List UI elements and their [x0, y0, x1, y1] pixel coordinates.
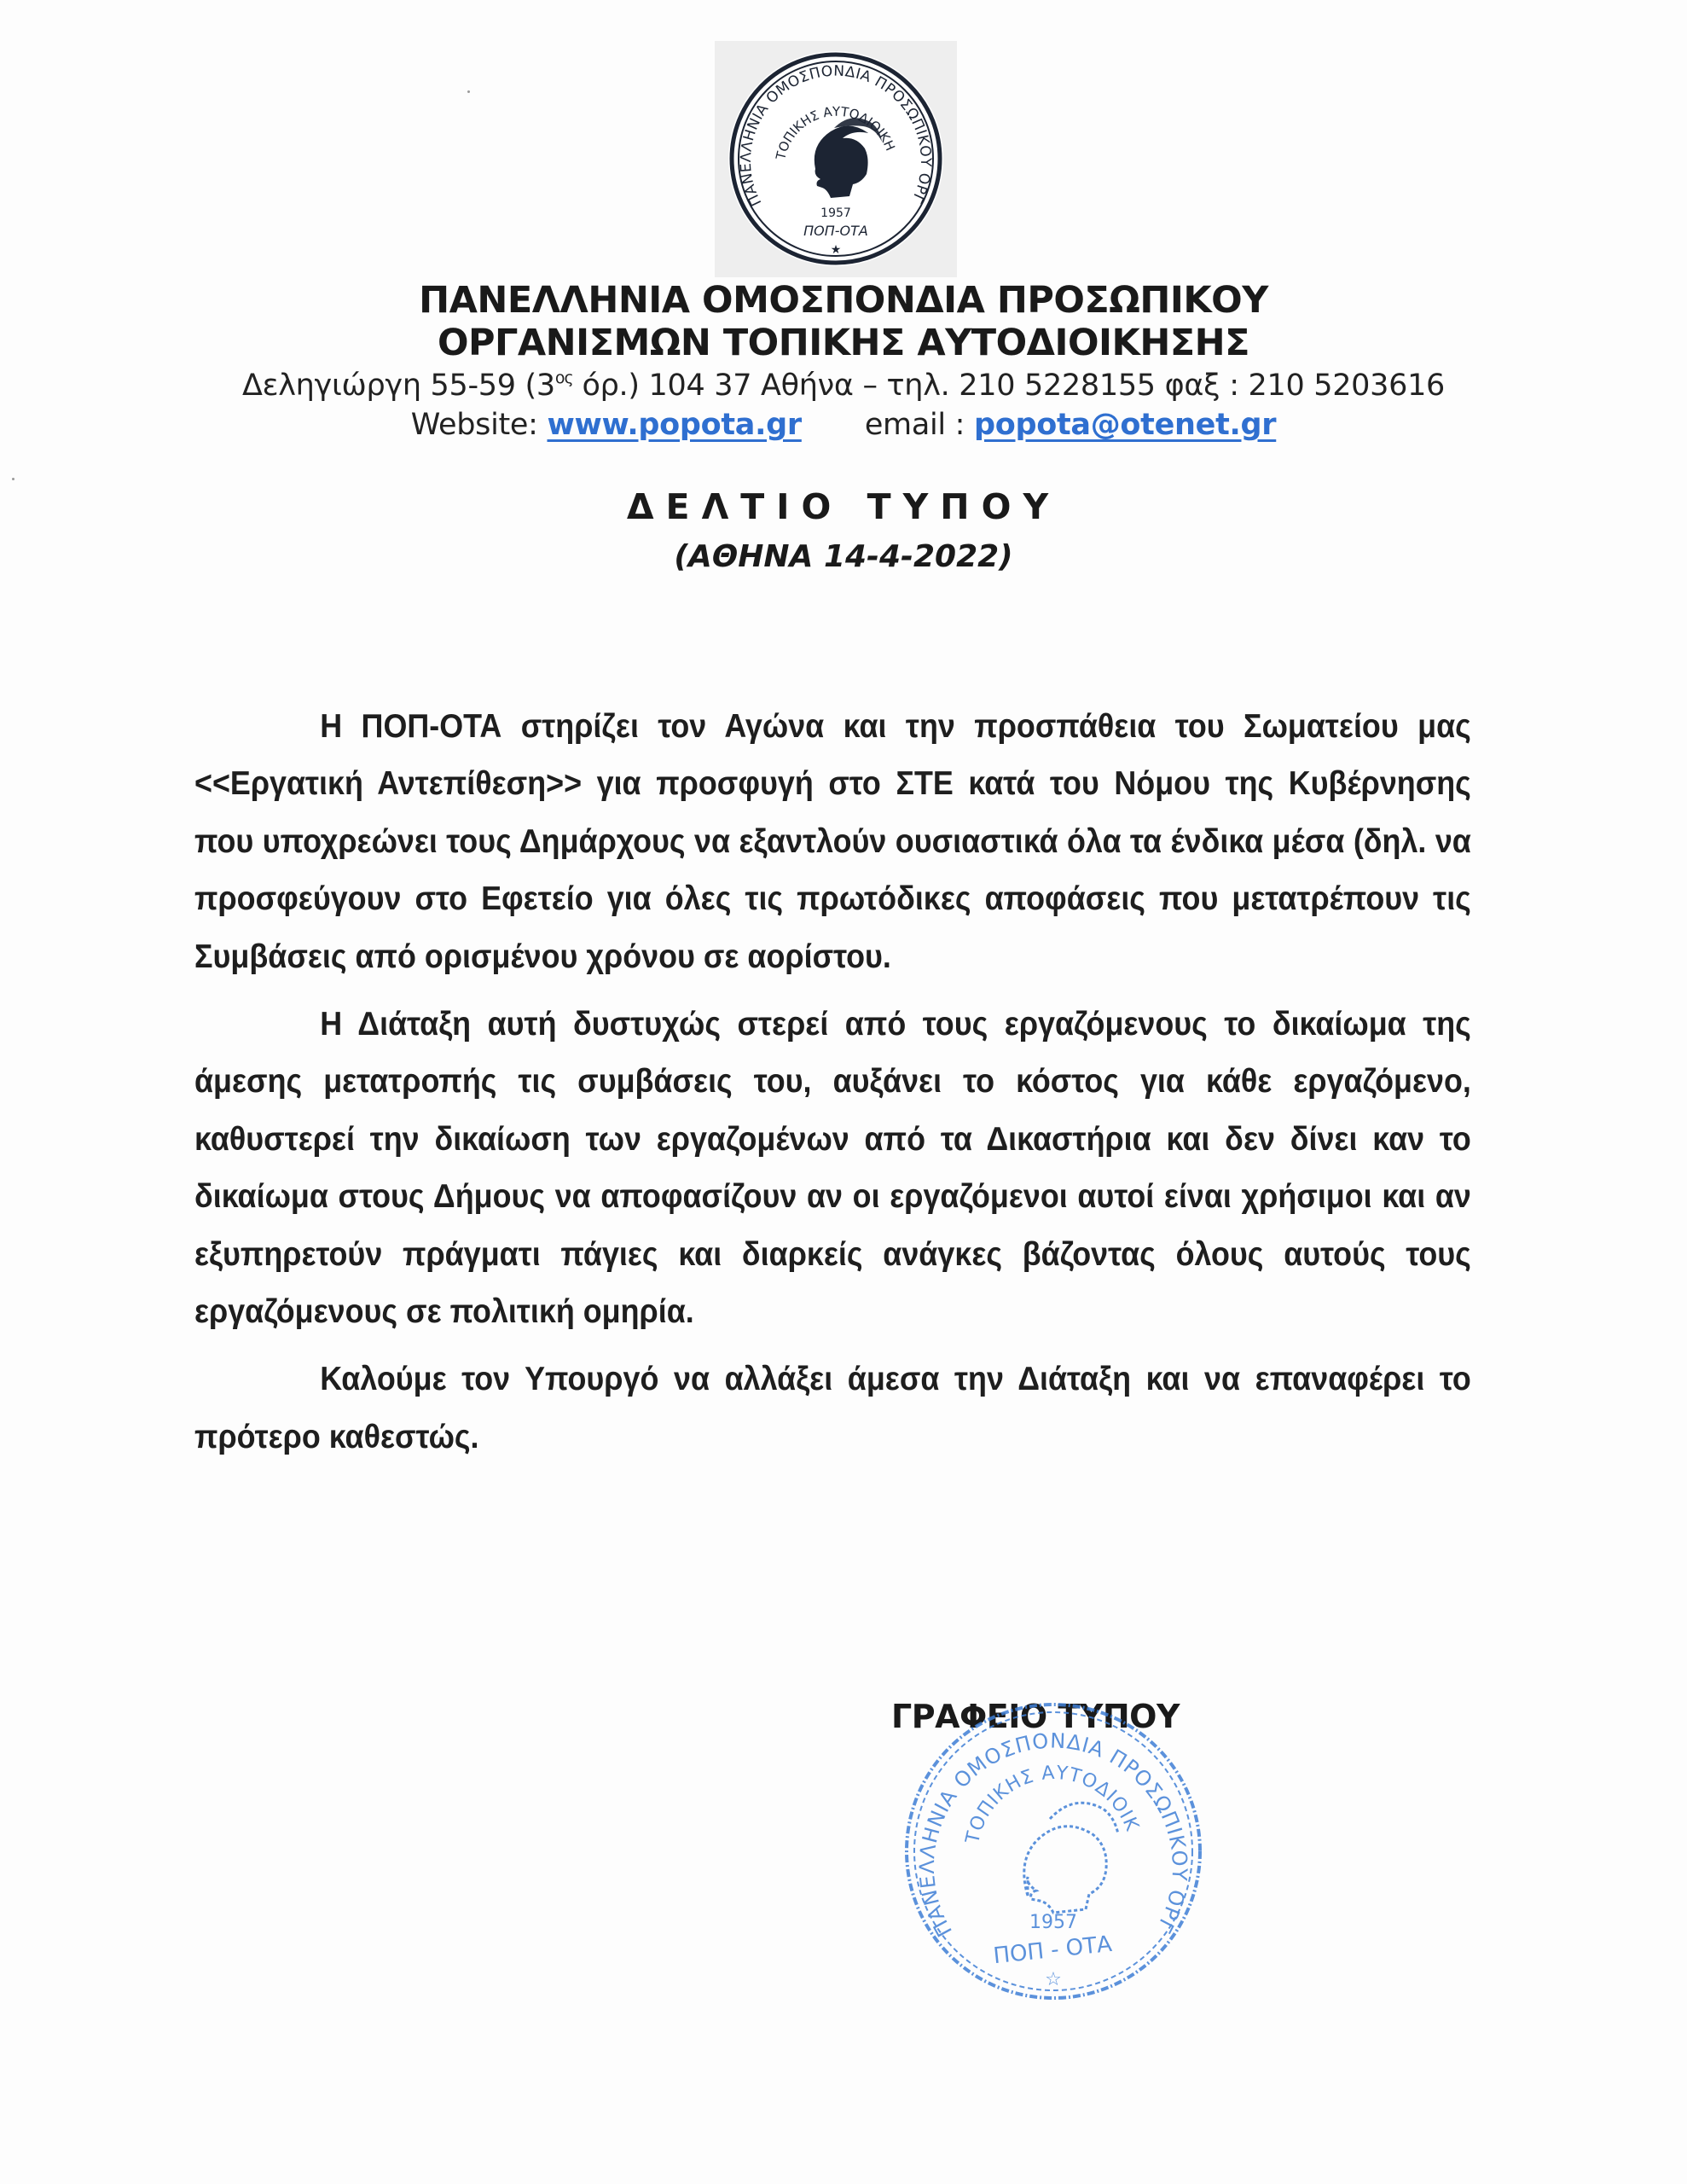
stamp-year: 1957 [1029, 1912, 1077, 1933]
contact-links: Website: www.popota.gremail : popota@ote… [0, 408, 1687, 442]
stamp-ring-text: ΠΑΝΕΛΛΗΝΙΑ ΟΜΟΣΠΟΝΔΙΑ ΠΡΟΣΩΠΙΚΟΥ ΟΡΓΑΝΙΣ… [900, 1699, 1191, 1941]
email-label: email : [865, 408, 974, 442]
press-release-page: ΠΑΝΕΛΛΗΝΙΑ ΟΜΟΣΠΟΝΔΙΑ ΠΡΟΣΩΠΙΚΟΥ ΟΡΓΑΝΙΣ… [0, 0, 1687, 2184]
star-icon: ★ [831, 243, 842, 257]
logo-year: 1957 [820, 206, 851, 220]
body-paragraph-3: Καλούμε τον Υπουργό να αλλάξει άμεσα την… [194, 1350, 1471, 1466]
scan-speck [467, 90, 470, 93]
body-paragraph-1: Η ΠΟΠ-ΟΤΑ στηρίζει τον Αγώνα και την προ… [194, 698, 1471, 985]
press-release-body: Η ΠΟΠ-ΟΤΑ στηρίζει τον Αγώνα και την προ… [194, 698, 1471, 1466]
organization-name-line-1: ΠΑΝΕΛΛΗΝΙΑ ΟΜΟΣΠΟΝΔΙΑ ΠΡΟΣΩΠΙΚΟΥ [0, 279, 1687, 322]
address-floor-suffix: ος [555, 369, 573, 387]
stamp-abbr: ΠΟΠ - ΟΤΑ [992, 1931, 1113, 1969]
helmet-seal-icon: ΠΑΝΕΛΛΗΝΙΑ ΟΜΟΣΠΟΝΔΙΑ ΠΡΟΣΩΠΙΚΟΥ ΟΡΓΑΝΙΣ… [715, 41, 957, 277]
email-link[interactable]: popota@otenet.gr [974, 408, 1276, 442]
official-stamp-icon: ΠΑΝΕΛΛΗΝΙΑ ΟΜΟΣΠΟΝΔΙΑ ΠΡΟΣΩΠΙΚΟΥ ΟΡΓΑΝΙΣ… [900, 1699, 1207, 2007]
address-phone-fax: όρ.) 104 37 Αθήνα – τηλ. 210 5228155 φαξ… [573, 369, 1445, 403]
logo-abbr: ΠΟΠ-ΟΤΑ [803, 223, 868, 239]
document-title: ΔΕΛΤΙΟ ΤΥΠΟΥ [0, 486, 1687, 527]
address-street: Δεληγιώργη 55-59 (3 [242, 369, 555, 403]
scan-speck [12, 478, 14, 480]
organization-name-line-2: ΟΡΓΑΝΙΣΜΩΝ ΤΟΠΙΚΗΣ ΑΥΤΟΔΙΟΙΚΗΣΗΣ [0, 322, 1687, 364]
stamp-star-icon: ☆ [1045, 1969, 1062, 1990]
website-link[interactable]: www.popota.gr [547, 408, 801, 442]
svg-text:ΠΑΝΕΛΛΗΝΙΑ ΟΜΟΣΠΟΝΔΙΑ ΠΡΟΣΩΠΙΚ: ΠΑΝΕΛΛΗΝΙΑ ΟΜΟΣΠΟΝΔΙΑ ΠΡΟΣΩΠΙΚΟΥ ΟΡΓΑΝΙΣ… [900, 1699, 1191, 1941]
organization-logo: ΠΑΝΕΛΛΗΝΙΑ ΟΜΟΣΠΟΝΔΙΑ ΠΡΟΣΩΠΙΚΟΥ ΟΡΓΑΝΙΣ… [715, 41, 957, 277]
website-label: Website: [411, 408, 548, 442]
body-paragraph-2: Η Διάταξη αυτή δυστυχώς στερεί από τους … [194, 996, 1471, 1340]
contact-address: Δεληγιώργη 55-59 (3ος όρ.) 104 37 Αθήνα … [0, 369, 1687, 403]
document-date: (ΑΘΗΝΑ 14-4-2022) [0, 539, 1687, 574]
